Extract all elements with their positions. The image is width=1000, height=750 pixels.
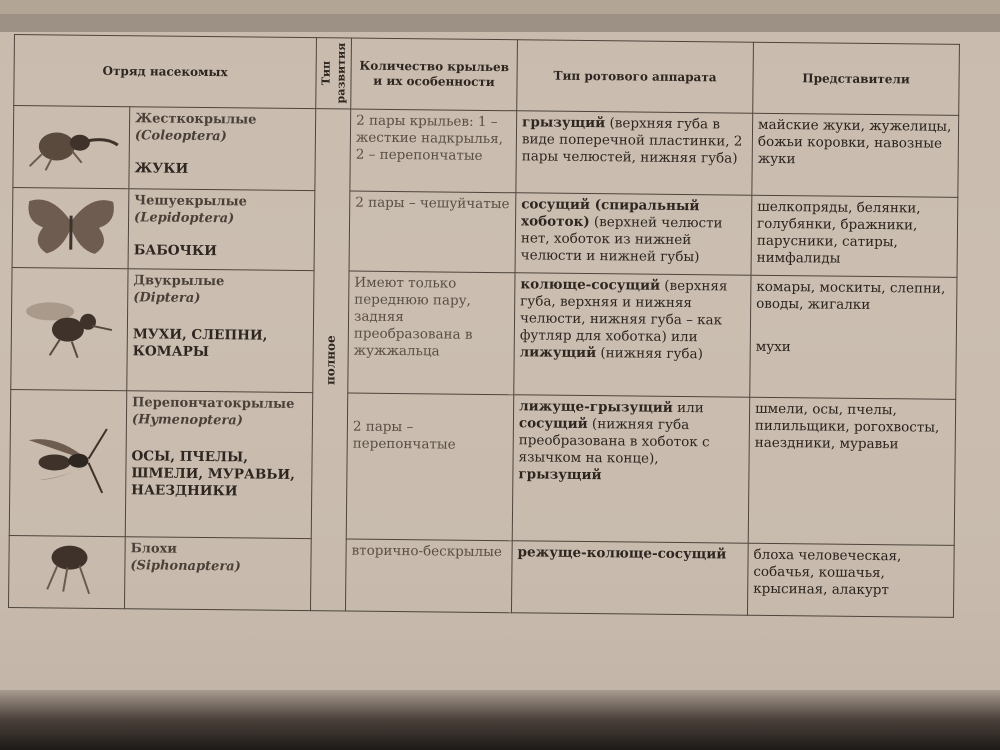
mouthparts-cell: грызущий (верхняя губа в виде поперечной…	[516, 111, 753, 195]
representatives-cell: шелкопряды, белянки, голубянки, бражники…	[751, 195, 958, 277]
wings-cell: вторично-бескрылые	[345, 539, 512, 613]
table-row: Блохи (Siphonaptera) вторично-бескрылые …	[8, 535, 954, 617]
wings-cell: Имеют только переднюю пару, задняя преоб…	[348, 271, 515, 395]
order-cell: Блохи (Siphonaptera)	[124, 537, 311, 611]
mouthparts-cell: лижуще-грызущий или сосущий (нижняя губа…	[512, 395, 750, 543]
butterfly-picture	[12, 187, 129, 268]
wings-cell: 2 пары – чешуйчатые	[349, 191, 516, 273]
header-representatives: Представители	[753, 42, 960, 115]
butterfly-icon	[20, 191, 121, 260]
header-development: Тип развития	[316, 38, 352, 109]
order-cell: Двукрылые (Diptera) МУХИ, СЛЕПНИ, КОМАРЫ	[127, 269, 314, 393]
wings-cell: 2 пары крыльев: 1 – жесткие надкрылья, 2…	[350, 109, 517, 193]
order-cell: Перепончатокрылые (Hymenoptera) ОСЫ, ПЧЕ…	[125, 391, 313, 539]
flea-picture	[8, 535, 125, 608]
representatives-cell: блоха человеческая, собачья, кошачья, кр…	[747, 543, 954, 617]
table-header-row: Отряд насекомых Тип развития Количество …	[14, 35, 960, 116]
header-order: Отряд насекомых	[14, 35, 317, 109]
beetle-picture	[13, 106, 130, 189]
fly-icon	[19, 291, 120, 362]
header-mouthparts: Тип ротового аппарата	[517, 40, 754, 113]
header-wings: Количество крыльев и их особенности	[351, 38, 518, 111]
representatives-cell: шмели, осы, пчелы, пилильщики, рогохвост…	[748, 397, 956, 545]
mouthparts-cell: режуще-колюще-сосущий	[511, 541, 748, 615]
order-cell: Чешуекрылые (Lepidoptera) БАБОЧКИ	[128, 189, 315, 271]
table-row: Двукрылые (Diptera) МУХИ, СЛЕПНИ, КОМАРЫ…	[11, 267, 957, 399]
development-type-cell: полное	[310, 109, 350, 611]
mouthparts-cell: колюще-сосущий (верхняя губа, верхняя и …	[514, 273, 751, 397]
insect-orders-table: Отряд насекомых Тип развития Количество …	[8, 34, 960, 618]
wasp-icon	[18, 420, 119, 501]
representatives-cell: комары, москиты, слепни, оводы, жигалки …	[750, 275, 957, 399]
wings-cell: 2 пары – перепончатые	[346, 393, 514, 541]
previous-page-edge	[0, 14, 1000, 32]
representatives-cell: майские жуки, жужелицы, божьи коровки, н…	[752, 113, 959, 197]
table-row: Жесткокрылые (Coleoptera) ЖУКИ полное 2 …	[13, 106, 959, 198]
table-row: Чешуекрылые (Lepidoptera) БАБОЧКИ 2 пары…	[12, 187, 958, 277]
order-cell: Жесткокрылые (Coleoptera) ЖУКИ	[129, 107, 316, 191]
textbook-page: 22 Отряд насекомых Тип развития Количест…	[0, 14, 1000, 714]
flea-icon	[17, 539, 118, 600]
table-row: Перепончатокрылые (Hymenoptera) ОСЫ, ПЧЕ…	[9, 389, 955, 545]
book-edge-shadow	[0, 690, 1000, 750]
beetle-icon	[21, 114, 122, 175]
wasp-picture	[9, 389, 127, 536]
mouthparts-cell: сосущий (спиральный хоботок) (верхней че…	[515, 193, 752, 275]
fly-picture	[11, 267, 128, 390]
